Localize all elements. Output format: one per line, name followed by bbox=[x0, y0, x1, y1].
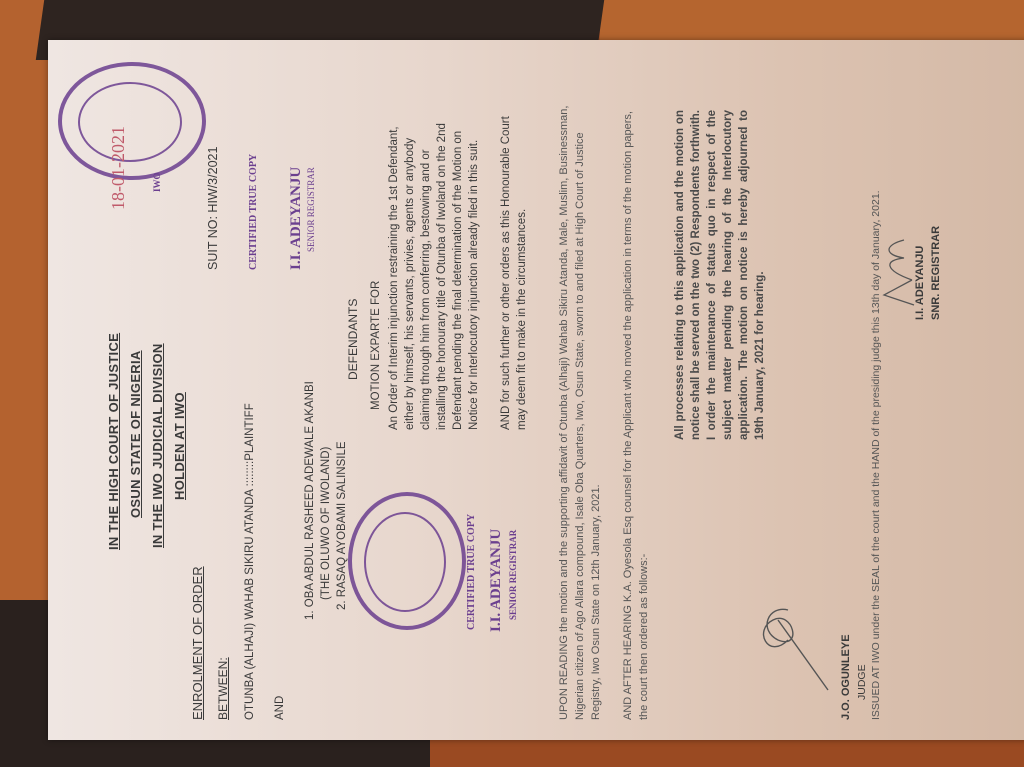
suit-number: SUIT NO: HIW/3/2021 bbox=[206, 147, 220, 270]
court-seal-stamp-2 bbox=[348, 492, 466, 630]
defendant-2: 2. RASAQ AYOBAMI SALINSILE bbox=[336, 441, 348, 610]
order-text: All processes relating to this applicati… bbox=[672, 110, 768, 440]
judge-name: J.O. OGUNLEYE bbox=[840, 634, 852, 720]
rotated-document: IN THE HIGH COURT OF JUSTICE OSUN STATE … bbox=[48, 40, 1024, 740]
upon-reading-paragraph: UPON READING the motion and the supporti… bbox=[556, 100, 604, 720]
certified-name: I.I. ADEYANJU bbox=[288, 167, 305, 270]
court-header-line-3: IN THE IWO JUDICIAL DIVISION bbox=[150, 343, 165, 548]
document-page: IN THE HIGH COURT OF JUSTICE OSUN STATE … bbox=[48, 40, 1024, 740]
judge-title: JUDGE bbox=[856, 664, 868, 700]
court-header-line-4: HOLDEN AT IWO bbox=[172, 392, 187, 500]
plaintiff-line: OTUNBA (ALHAJI) WAHAB SIKIRU ATANDA ::::… bbox=[244, 403, 256, 720]
registrar-signature bbox=[874, 220, 924, 310]
court-header-line-2: OSUN STATE OF NIGERIA bbox=[128, 350, 143, 518]
defendant-1-title: (THE OLUWO OF IWOLAND) bbox=[320, 447, 332, 600]
between-label: BETWEEN: bbox=[216, 657, 230, 720]
motion-body: An Order of Interim injunction restraini… bbox=[386, 110, 482, 430]
certified-title: SENIOR REGISTRAR bbox=[306, 167, 316, 252]
certified-name-2: I.I. ADEYANJU bbox=[488, 529, 505, 632]
seal-location: IWO bbox=[152, 172, 162, 192]
handwritten-date: 18-01-2021 bbox=[108, 126, 129, 210]
issued-text: ISSUED AT IWO under the SEAL of the cour… bbox=[868, 100, 884, 720]
document-title: ENROLMENT OF ORDER bbox=[190, 566, 205, 720]
defendants-label: DEFENDANTS bbox=[346, 299, 360, 380]
certified-true-copy-label-2: CERTIFIED TRUE COPY bbox=[466, 514, 477, 630]
judge-signature bbox=[748, 580, 838, 700]
registrar-title: SNR. REGISTRAR bbox=[930, 226, 942, 320]
after-hearing-paragraph: AND AFTER HEARING K.A. Oyesola Esq couns… bbox=[620, 100, 652, 720]
certified-true-copy-label: CERTIFIED TRUE COPY bbox=[248, 154, 259, 270]
motion-further: AND for such further or other orders as … bbox=[498, 110, 530, 430]
motion-title: MOTION EXPARTE FOR bbox=[370, 281, 382, 410]
and-label: AND bbox=[274, 696, 286, 720]
defendant-1: 1. OBA ABDUL RASHEED ADEWALE AKANBI bbox=[304, 381, 316, 620]
court-header-line-1: IN THE HIGH COURT OF JUSTICE bbox=[106, 333, 121, 550]
certified-title-2: SENIOR REGISTRAR bbox=[508, 530, 518, 620]
court-seal-stamp bbox=[58, 62, 206, 180]
